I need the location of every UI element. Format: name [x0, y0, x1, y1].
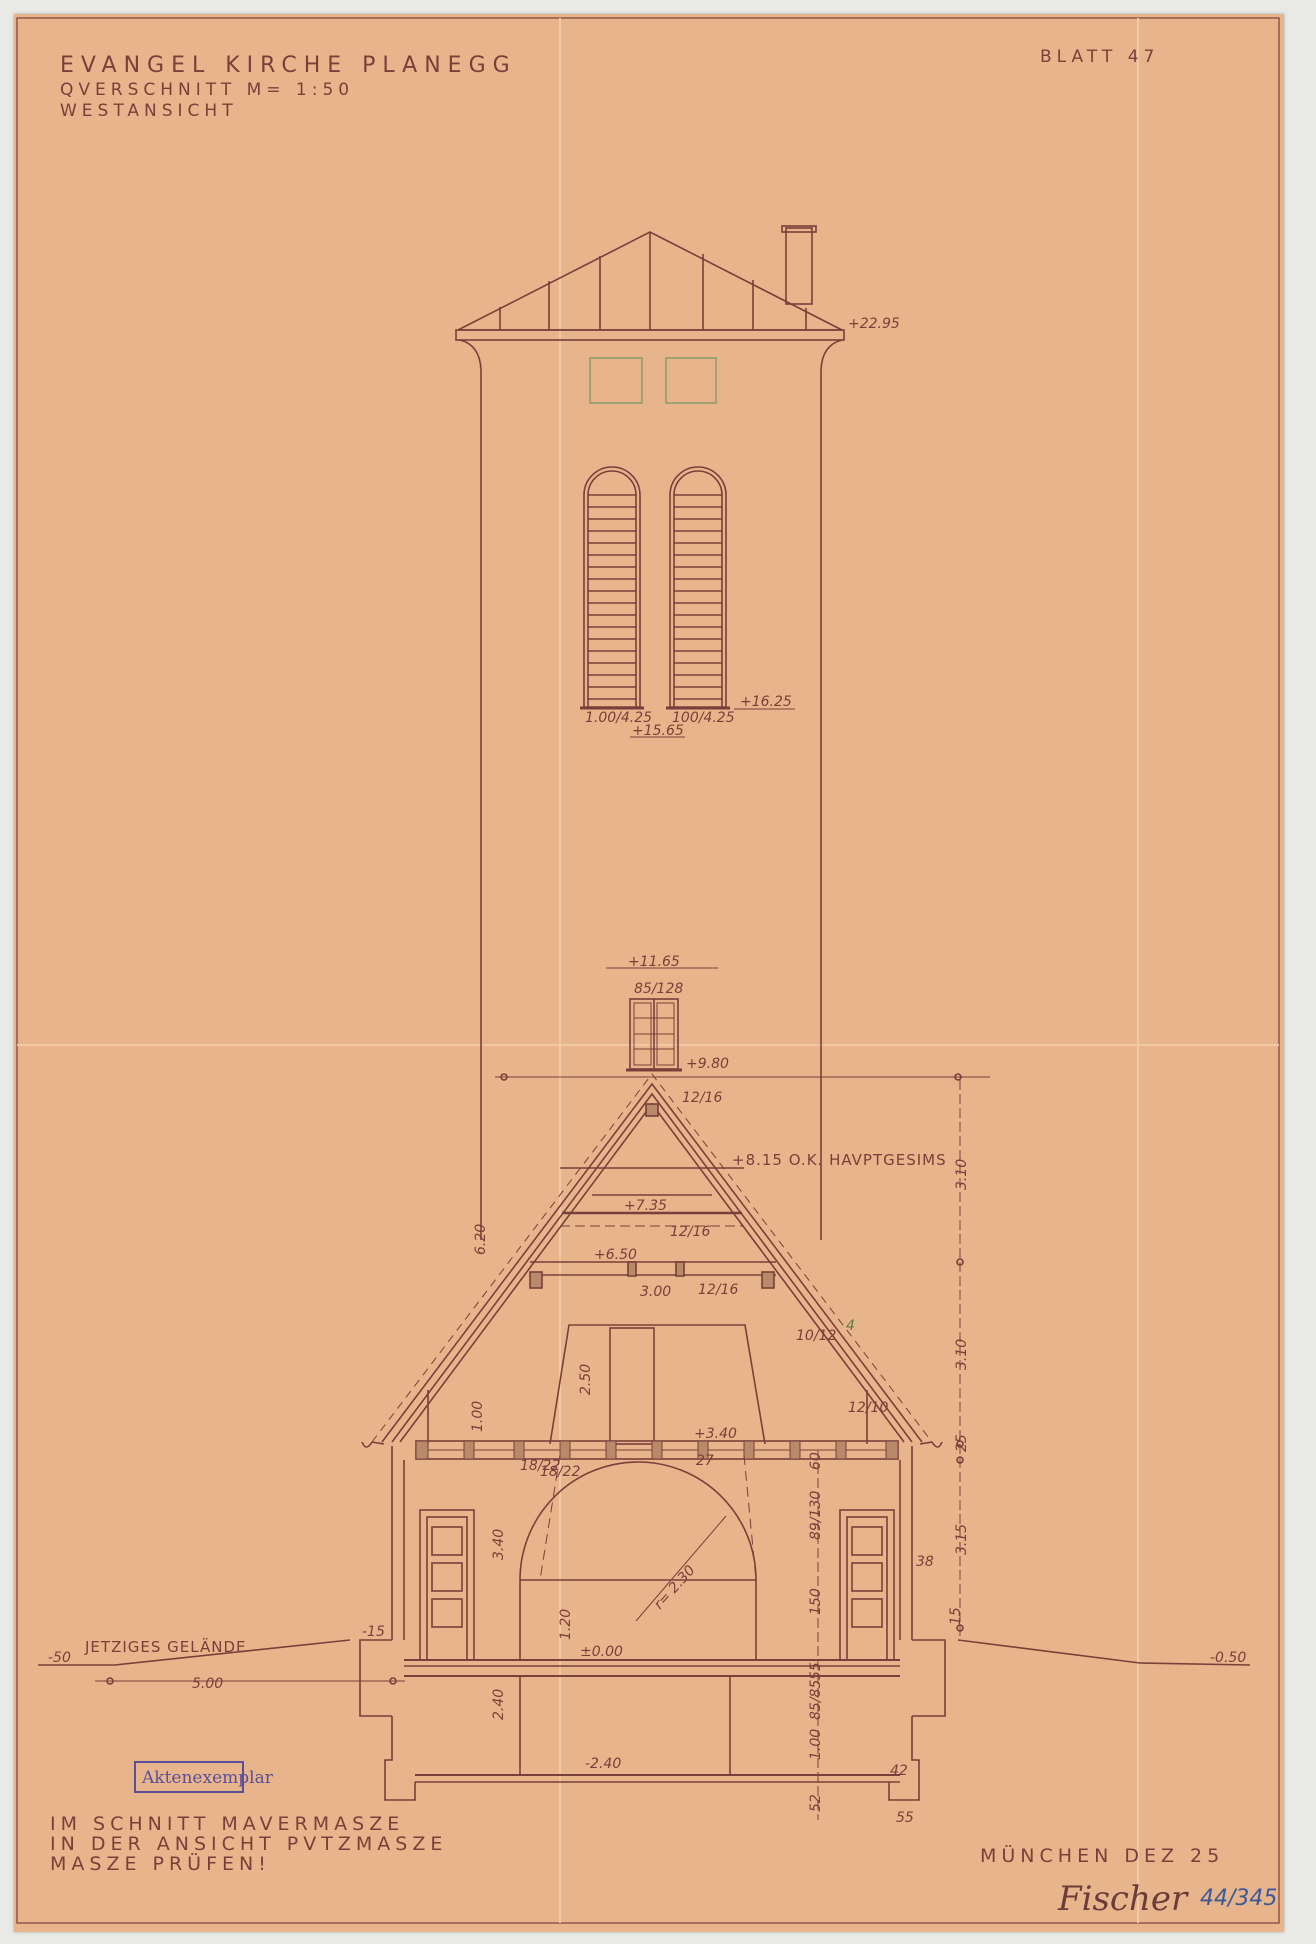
- upper-window-dim: 85/128: [634, 981, 683, 997]
- svg-text:52: 52: [808, 1794, 824, 1812]
- door-right: [840, 1510, 894, 1660]
- svg-text:55: 55: [808, 1662, 824, 1680]
- archive-number: 44/345: [1200, 1886, 1277, 1911]
- elevation-collar: +7.35: [624, 1198, 667, 1214]
- svg-text:12/16: 12/16: [670, 1224, 710, 1240]
- svg-text:3.10: 3.10: [954, 1339, 970, 1370]
- elevation-terrace: -15: [362, 1624, 385, 1640]
- svg-text:12/16: 12/16: [698, 1282, 738, 1298]
- note-line-3: MASZE PRÜFEN!: [50, 1852, 271, 1875]
- notes-block: IM SCHNITT MAVERMASZE IN DER ANSICHT PVT…: [50, 1813, 447, 1875]
- footer-block: MÜNCHEN DEZ 25 Fischer 44/345: [980, 1844, 1277, 1919]
- elevation-louver-sill: +16.25: [740, 694, 792, 710]
- svg-text:6.20: 6.20: [473, 1224, 489, 1255]
- louver-window-right: [666, 467, 730, 708]
- signature: Fischer: [1057, 1879, 1189, 1919]
- sheet-number: BLATT 47: [1040, 47, 1159, 67]
- elevation-ground-right: -0.50: [1210, 1650, 1246, 1666]
- svg-text:1.00: 1.00: [808, 1729, 824, 1760]
- svg-text:60: 60: [808, 1452, 824, 1470]
- svg-text:15: 15: [948, 1607, 964, 1625]
- drawing-subtitle-section: QVERSCHNITT M= 1:50: [60, 80, 354, 100]
- svg-text:r= 2.30: r= 2.30: [651, 1562, 698, 1612]
- svg-text:4: 4: [846, 1318, 855, 1334]
- door-left: [420, 1510, 474, 1660]
- upper-window: [626, 999, 682, 1070]
- stamp-label: Aktenexemplar: [141, 1768, 274, 1788]
- elevation-window-sill: +9.80: [686, 1056, 729, 1072]
- dimension-labels: JETZIGES GELÄNDE 1.00/4.25 100/4.25 85/1…: [84, 710, 970, 1826]
- elevation-ground-floor: ±0.00: [580, 1644, 623, 1660]
- svg-text:18/22: 18/22: [540, 1464, 580, 1480]
- elevation-top: +22.95: [848, 316, 900, 332]
- elevation-attic-beam: +6.50: [594, 1247, 637, 1263]
- svg-text:1.20: 1.20: [558, 1609, 574, 1640]
- svg-text:38: 38: [916, 1554, 934, 1570]
- svg-text:1.00: 1.00: [470, 1401, 486, 1432]
- svg-text:27: 27: [696, 1453, 714, 1469]
- elevation-basement: -2.40: [585, 1756, 621, 1772]
- drawing-subtitle-view: WESTANSICHT: [60, 101, 238, 121]
- stamp-aktenexemplar: Aktenexemplar: [135, 1762, 274, 1792]
- svg-text:3.00: 3.00: [640, 1284, 671, 1300]
- elevation-ground-left: -50: [48, 1650, 71, 1666]
- svg-text:12/10: 12/10: [848, 1400, 888, 1416]
- svg-text:55: 55: [896, 1810, 914, 1826]
- elevation-attic-floor: +3.40: [694, 1426, 737, 1442]
- note-line-2: IN DER ANSICHT PVTZMASZE: [50, 1833, 447, 1855]
- svg-text:5.00: 5.00: [192, 1676, 223, 1692]
- svg-text:3.10: 3.10: [954, 1159, 970, 1190]
- svg-text:25: 25: [954, 1434, 970, 1452]
- svg-text:42: 42: [890, 1763, 908, 1779]
- svg-text:2.50: 2.50: [578, 1364, 594, 1395]
- svg-text:2.40: 2.40: [491, 1689, 507, 1720]
- louver-left-dim: 1.00/4.25: [585, 710, 652, 726]
- elevation-main-cornice: +8.15 O.K. HAVPTGESIMS: [732, 1151, 947, 1169]
- note-line-1: IM SCHNITT MAVERMASZE: [50, 1813, 404, 1835]
- louver-window-left: [580, 467, 644, 708]
- svg-text:85/85: 85/85: [808, 1680, 824, 1720]
- svg-text:3.15: 3.15: [954, 1524, 970, 1555]
- svg-text:89/130: 89/130: [808, 1491, 824, 1540]
- elevation-window-head: +11.65: [628, 954, 680, 970]
- architectural-drawing: EVANGEL KIRCHE PLANEGG QVERSCHNITT M= 1:…: [0, 0, 1316, 1944]
- title-block: EVANGEL KIRCHE PLANEGG QVERSCHNITT M= 1:…: [60, 47, 1159, 121]
- svg-text:150: 150: [808, 1588, 824, 1615]
- drawing-title: EVANGEL KIRCHE PLANEGG: [60, 53, 517, 78]
- place-date: MÜNCHEN DEZ 25: [980, 1844, 1224, 1867]
- louver-right-dim: 100/4.25: [672, 710, 735, 726]
- svg-text:12/16: 12/16: [682, 1090, 722, 1106]
- existing-ground-label: JETZIGES GELÄNDE: [84, 1637, 246, 1656]
- svg-text:10/12: 10/12: [796, 1328, 836, 1344]
- tower: [456, 226, 990, 1240]
- svg-text:3.40: 3.40: [491, 1529, 507, 1560]
